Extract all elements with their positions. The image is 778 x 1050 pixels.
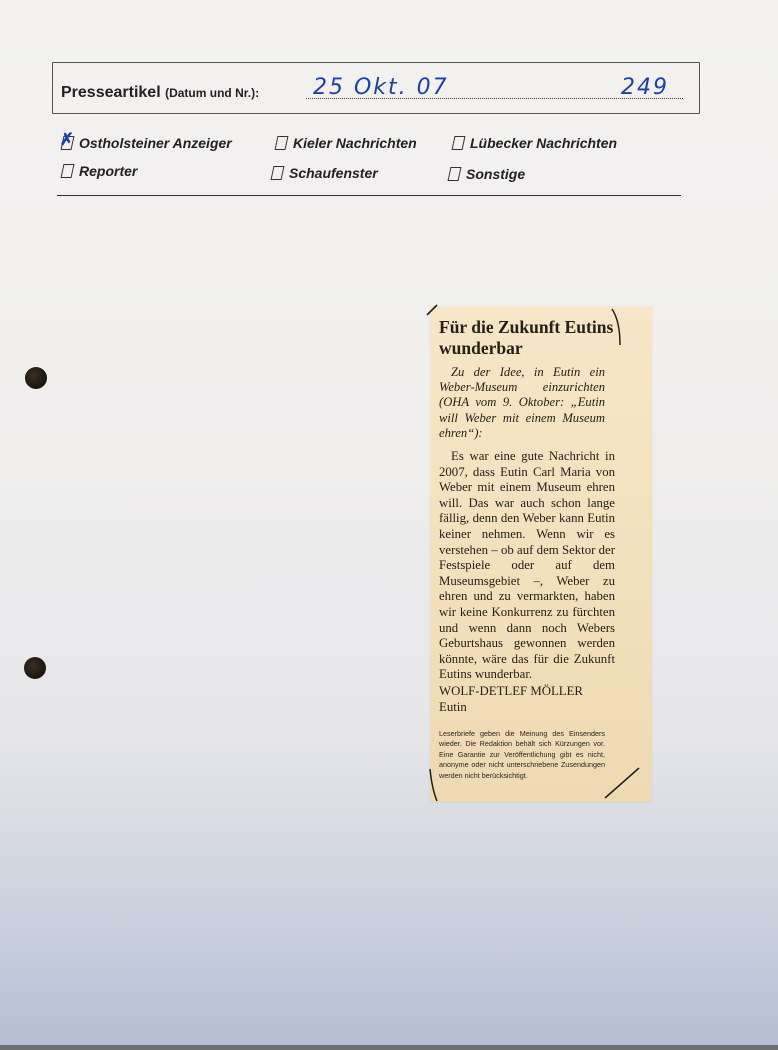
clipping-author: WOLF-DETLEF MÖLLER Eutin [439,684,619,715]
clipping-headline: Für die Zukunft Eutins wunderbar [439,317,619,359]
handwritten-number[interactable]: 249 [621,75,669,100]
source-option-kieler-nachrichten[interactable]: Kieler Nachrichten [276,135,417,151]
author-city: Eutin [439,700,619,716]
header-divider [57,195,681,196]
source-option-ostholsteiner-anzeiger[interactable]: Ostholsteiner Anzeiger [62,135,232,151]
source-option-reporter[interactable]: Reporter [62,163,137,179]
checkbox-icon[interactable] [448,167,462,181]
author-name: WOLF-DETLEF MÖLLER [439,684,619,700]
form-header-box: Presseartikel (Datum und Nr.): 25 Okt. 0… [52,62,700,114]
form-label: Presseartikel (Datum und Nr.): [61,84,259,102]
handwritten-date[interactable]: 25 Okt. 07 [313,75,449,100]
source-option-sonstige[interactable]: Sonstige [449,166,525,182]
pen-mark-top-left-icon [426,303,440,317]
source-label: Lübecker Nachrichten [470,135,617,151]
checkbox-checked-icon[interactable] [61,136,75,150]
form-label-main: Presseartikel [61,84,161,101]
form-label-sub: (Datum und Nr.): [165,86,259,100]
clipping-disclaimer: Leserbriefe geben die Meinung des Einsen… [439,729,605,781]
newspaper-clipping: Für die Zukunft Eutins wunderbar Zu der … [430,307,652,802]
checkbox-icon[interactable] [61,164,75,178]
checkbox-icon[interactable] [452,136,466,150]
checkbox-icon[interactable] [275,136,289,150]
source-label: Sonstige [466,166,525,182]
source-label: Ostholsteiner Anzeiger [79,135,232,151]
checkbox-icon[interactable] [271,166,285,180]
source-label: Schaufenster [289,165,378,181]
clipping-intro: Zu der Idee, in Eutin ein Weber-Museum e… [439,365,605,441]
source-label: Kieler Nachrichten [293,135,417,151]
punch-hole-icon [25,367,47,389]
source-option-schaufenster[interactable]: Schaufenster [272,165,378,181]
punch-hole-icon [24,657,46,679]
clipping-body: Es war eine gute Nachricht in 2007, dass… [439,449,615,683]
pen-mark-bottom-right-icon [602,765,642,801]
source-option-luebecker-nachrichten[interactable]: Lübecker Nachrichten [453,135,617,151]
source-label: Reporter [79,163,137,179]
scan-bottom-edge [0,1045,778,1050]
